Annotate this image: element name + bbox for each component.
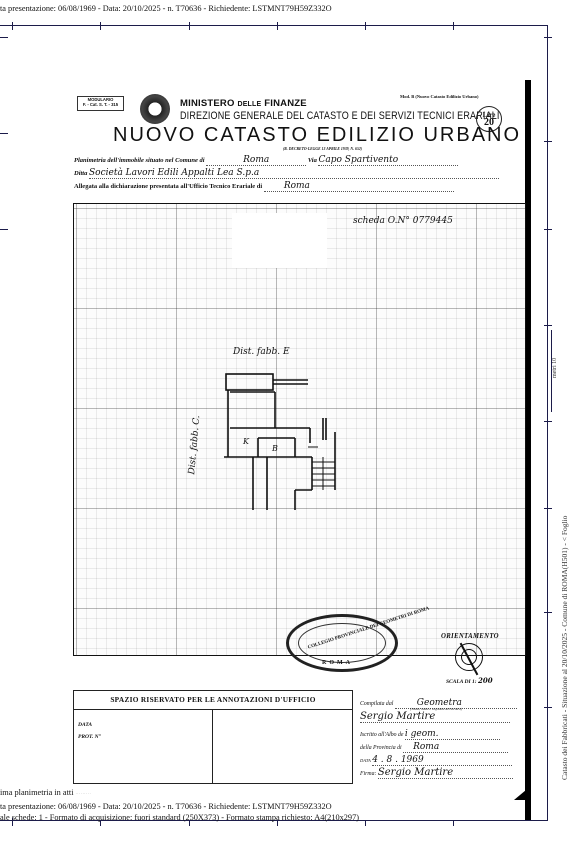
allegata-label: Allegata alla dichiarazione presentata a… [74, 183, 262, 190]
frame-tick [544, 421, 552, 422]
ministero-word: MINISTERO [180, 98, 235, 109]
scale-value: 200 [478, 676, 493, 685]
ministero-delle: DELLE [237, 101, 261, 108]
compiler-name-row: Sergio Martire [360, 711, 510, 723]
side-catasto-text: Catasto dei Fabbricati - Situazione al 2… [560, 516, 569, 780]
star-icon: ★ [150, 103, 160, 116]
ministero-title: MINISTERO DELLE FINANZE [180, 98, 307, 109]
frame-tick [544, 37, 552, 38]
footer-ultima: ima planimetria in atti · · · · · · · · … [0, 788, 91, 797]
scale-label: SCALA DI 1: [446, 679, 477, 685]
allegata-row: Allegata alla dichiarazione presentata a… [74, 181, 454, 192]
planimetria-label: Planimetria dell'immobile situato nel Co… [74, 157, 205, 164]
header-info-line: ta presentazione: 06/08/1969 - Data: 20/… [0, 4, 332, 13]
iscritto-row: Iscritto all'Albo de i geom. [360, 729, 500, 740]
direzione-title: DIREZIONE GENERALE DEL CATASTO E DEI SER… [180, 110, 500, 122]
footer-line-2: ale schede: 1 - Formato di acquisizione:… [0, 813, 359, 822]
print-note: · · · · · · · · · [76, 792, 91, 796]
provincia-label: della Provincia di [360, 745, 402, 751]
firma-row: Firma: Sergio Martire [360, 767, 513, 779]
frame-tick [544, 229, 552, 230]
side-scale-line [551, 330, 552, 412]
frame-tick [12, 22, 13, 30]
plan-blank-area [232, 213, 327, 268]
frame-tick [189, 22, 190, 30]
frame-tick [544, 707, 552, 708]
footer-line-1: ta presentazione: 06/08/1969 - Data: 20/… [0, 802, 332, 811]
frame-tick [544, 325, 552, 326]
via-value: Capo Spartivento [318, 155, 458, 166]
compiler-date-row: DATA 4 . 8 . 1969 [360, 755, 512, 766]
annotations-prot-label: PROT. N° [78, 734, 101, 740]
comune-value: Roma [206, 155, 306, 166]
scan-corner [514, 790, 526, 800]
modulario-box: MODULARIO F. - Cat. S. T. - 315 [77, 96, 124, 111]
provincia-row: della Provincia di Roma [360, 742, 508, 753]
iscritto-label: Iscritto all'Albo de [360, 732, 403, 738]
compiler-date-label: DATA [360, 758, 371, 763]
firma-label: Firma: [360, 771, 376, 777]
orientamento-title: ORIENTAMENTO [441, 633, 499, 640]
side-scale-text: metri 10 [552, 358, 558, 378]
modulario-code: F. - Cat. S. T. - 315 [78, 102, 123, 107]
annotations-divider [212, 710, 213, 784]
ditta-row: Ditta Società Lavori Edili Appalti Lea S… [74, 168, 499, 179]
via-label: Via [308, 157, 317, 164]
decreto-note: (R. DECRETO-LEGGE 13 APRILE 1939, N. 652… [283, 147, 362, 151]
frame-tick [0, 229, 8, 230]
room-k-label: K [243, 437, 249, 446]
ufficio-value: Roma [264, 181, 454, 192]
annotations-data-label: DATA [78, 722, 92, 728]
ditta-value: Società Lavori Edili Appalti Lea S.p.a [89, 168, 499, 179]
iscritto-value: i geom. [405, 729, 500, 740]
ministero-finanze: FINANZE [264, 98, 307, 109]
mod-b-label: Mod. B (Nuovo Catasto Edilizio Urbano) [400, 94, 479, 99]
scheda-number: scheda O.N° 0779445 [353, 216, 453, 226]
frame-tick [544, 508, 552, 509]
frame-tick [365, 22, 366, 30]
ditta-label: Ditta [74, 170, 87, 177]
signature: Sergio Martire [378, 767, 513, 779]
provincia-value: Roma [403, 742, 508, 753]
frame-tick [544, 141, 552, 142]
frame-tick [0, 37, 8, 38]
room-b-label: B [272, 444, 278, 453]
compiler-date-value: 4 . 8 . 1969 [372, 755, 512, 766]
frame-tick [453, 22, 454, 30]
frame-tick [544, 612, 552, 613]
frame-tick [100, 22, 101, 30]
annotations-title: SPAZIO RISERVATO PER LE ANNOTAZIONI D'UF… [73, 690, 353, 710]
planimetria-row: Planimetria dell'immobile situato nel Co… [74, 155, 458, 166]
frame-tick [277, 22, 278, 30]
ultima-planimetria-label: ima planimetria in atti [0, 788, 74, 797]
compilata-label: Compilata dal [360, 701, 393, 707]
stamp-bottom-text: ROMA [322, 660, 353, 666]
apartment-floor-plan [180, 340, 350, 510]
frame-tick [0, 133, 8, 134]
document-title: NUOVO CATASTO EDILIZIO URBANO [113, 124, 521, 147]
scale-row: SCALA DI 1: 200 [446, 676, 493, 685]
compiler-name: Sergio Martire [360, 711, 510, 723]
